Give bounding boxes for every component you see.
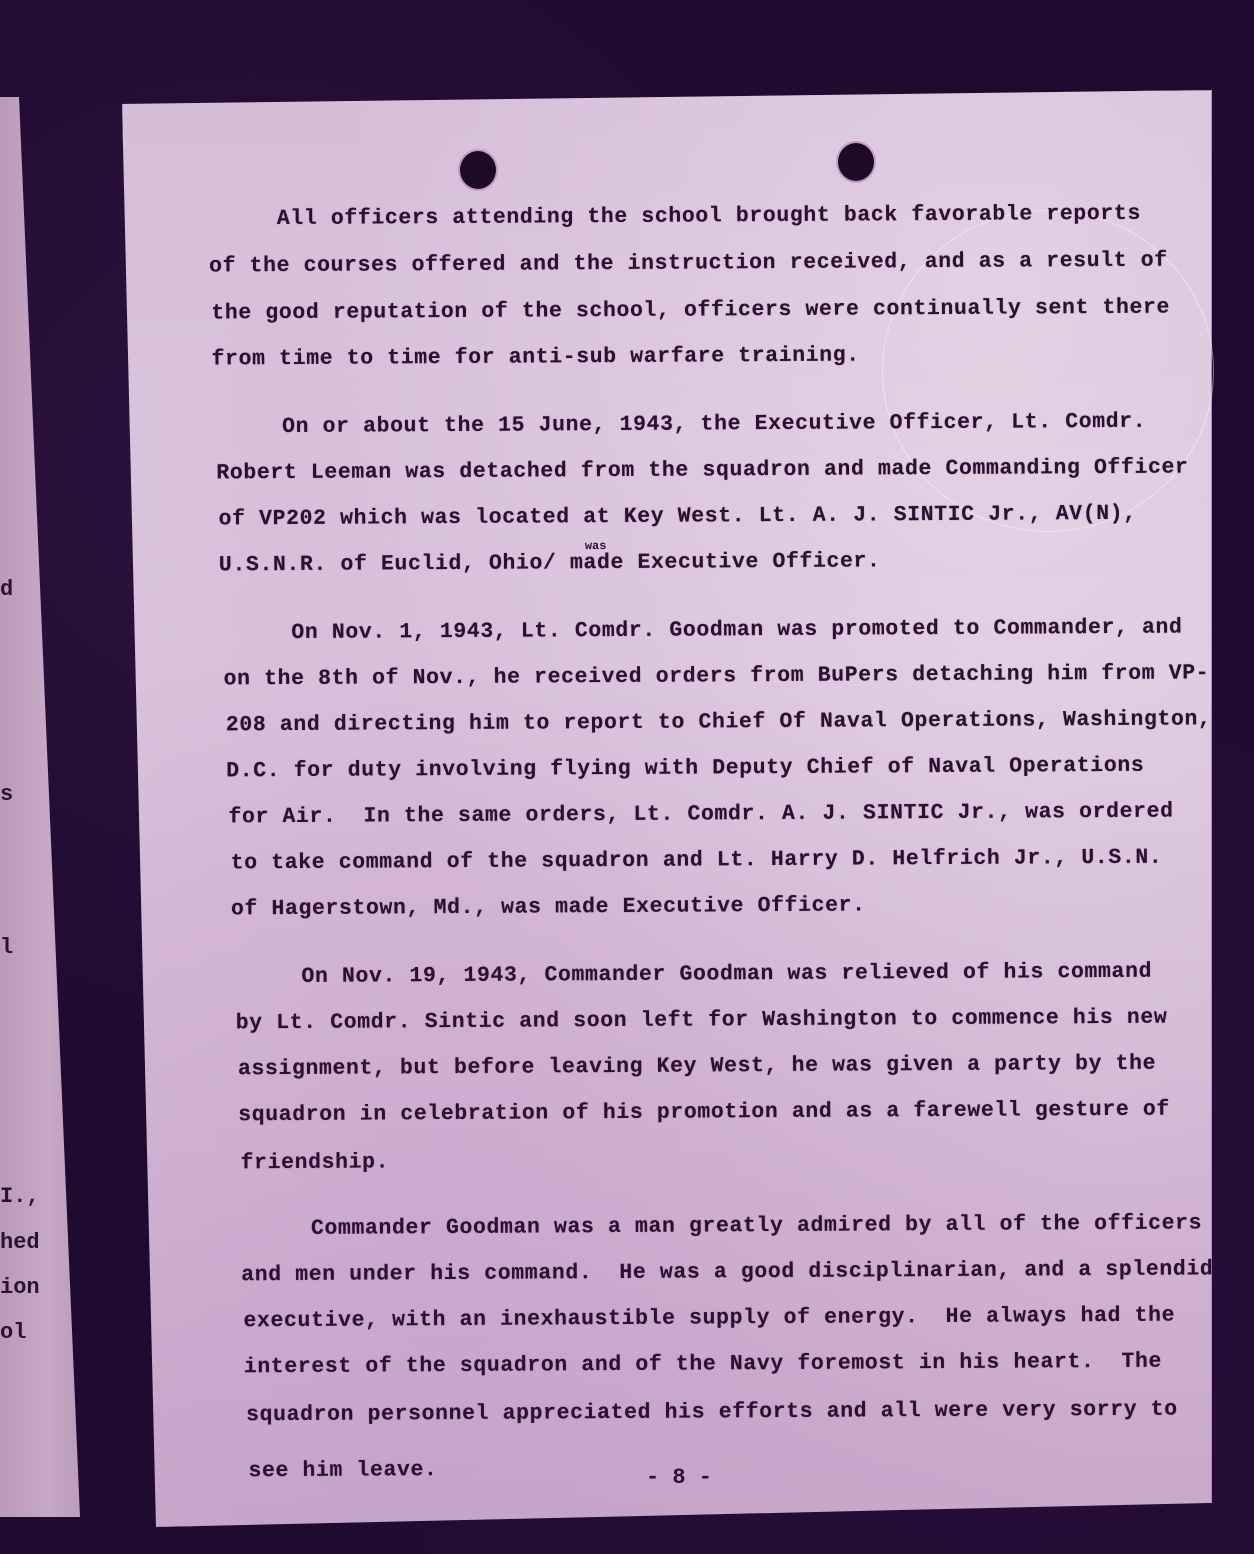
paragraph-5-line: and men under his command. He was a good… [241, 1257, 1213, 1287]
paragraph-2-line: U.S.N.R. of Euclid, Ohio/ made Executive… [219, 549, 881, 577]
paragraph-3-line: of Hagerstown, Md., was made Executive O… [231, 893, 866, 921]
paragraph-2-line: Robert Leeman was detached from the squa… [216, 455, 1188, 485]
paragraph-4-line: by Lt. Comdr. Sintic and soon left for W… [236, 1006, 1168, 1036]
paragraph-5-line: interest of the squadron and of the Navy… [244, 1350, 1162, 1380]
paragraph-5-line: executive, with an inexhaustible supply … [243, 1304, 1175, 1334]
fragment: ol [0, 1320, 26, 1345]
document-page: All officers attending the school brough… [122, 90, 1212, 1527]
paragraph-3-line: on the 8th of Nov., he received orders f… [224, 661, 1210, 691]
paragraph-1-line: of the courses offered and the instructi… [209, 249, 1168, 279]
paragraph-4-line: squadron in celebration of his promotion… [238, 1098, 1170, 1128]
fragment: I., [0, 1184, 40, 1209]
paragraph-5-line: see him leave. [248, 1458, 437, 1483]
document-body: All officers attending the school brough… [122, 83, 1221, 1527]
paragraph-3-line: On Nov. 1, 1943, Lt. Comdr. Goodman was … [291, 616, 1182, 645]
fragment: s [0, 782, 13, 807]
paragraph-3-line: 208 and directing him to report to Chief… [226, 707, 1212, 737]
paragraph-5-line: Commander Goodman was a man greatly admi… [311, 1211, 1202, 1240]
paragraph-5-line: squadron personnel appreciated his effor… [246, 1398, 1178, 1428]
paragraph-2-line: On or about the 15 June, 1943, the Execu… [282, 410, 1146, 439]
paragraph-1-line: All officers attending the school brough… [277, 202, 1141, 231]
handwritten-insertion: was [585, 539, 607, 553]
paragraph-1-line: the good reputation of the school, offic… [211, 296, 1170, 326]
fragment: hed [0, 1230, 40, 1255]
page-number: - 8 - [646, 1465, 712, 1490]
paragraph-4-line: assignment, but before leaving Key West,… [238, 1052, 1156, 1082]
paragraph-3-line: D.C. for duty involving flying with Depu… [226, 754, 1144, 784]
fragment: l [0, 935, 13, 960]
paragraph-4-line: friendship. [240, 1150, 389, 1175]
paragraph-3-line: to take command of the squadron and Lt. … [231, 846, 1163, 876]
paragraph-4-line: On Nov. 19, 1943, Commander Goodman was … [301, 960, 1152, 989]
paragraph-2-line: of VP202 which was located at Key West. … [219, 502, 1137, 532]
paragraph-3-line: for Air. In the same orders, Lt. Comdr. … [228, 800, 1173, 830]
fragment: ion [0, 1275, 40, 1300]
fragment: d [0, 577, 13, 602]
paragraph-1-line: from time to time for anti-sub warfare t… [212, 343, 860, 371]
